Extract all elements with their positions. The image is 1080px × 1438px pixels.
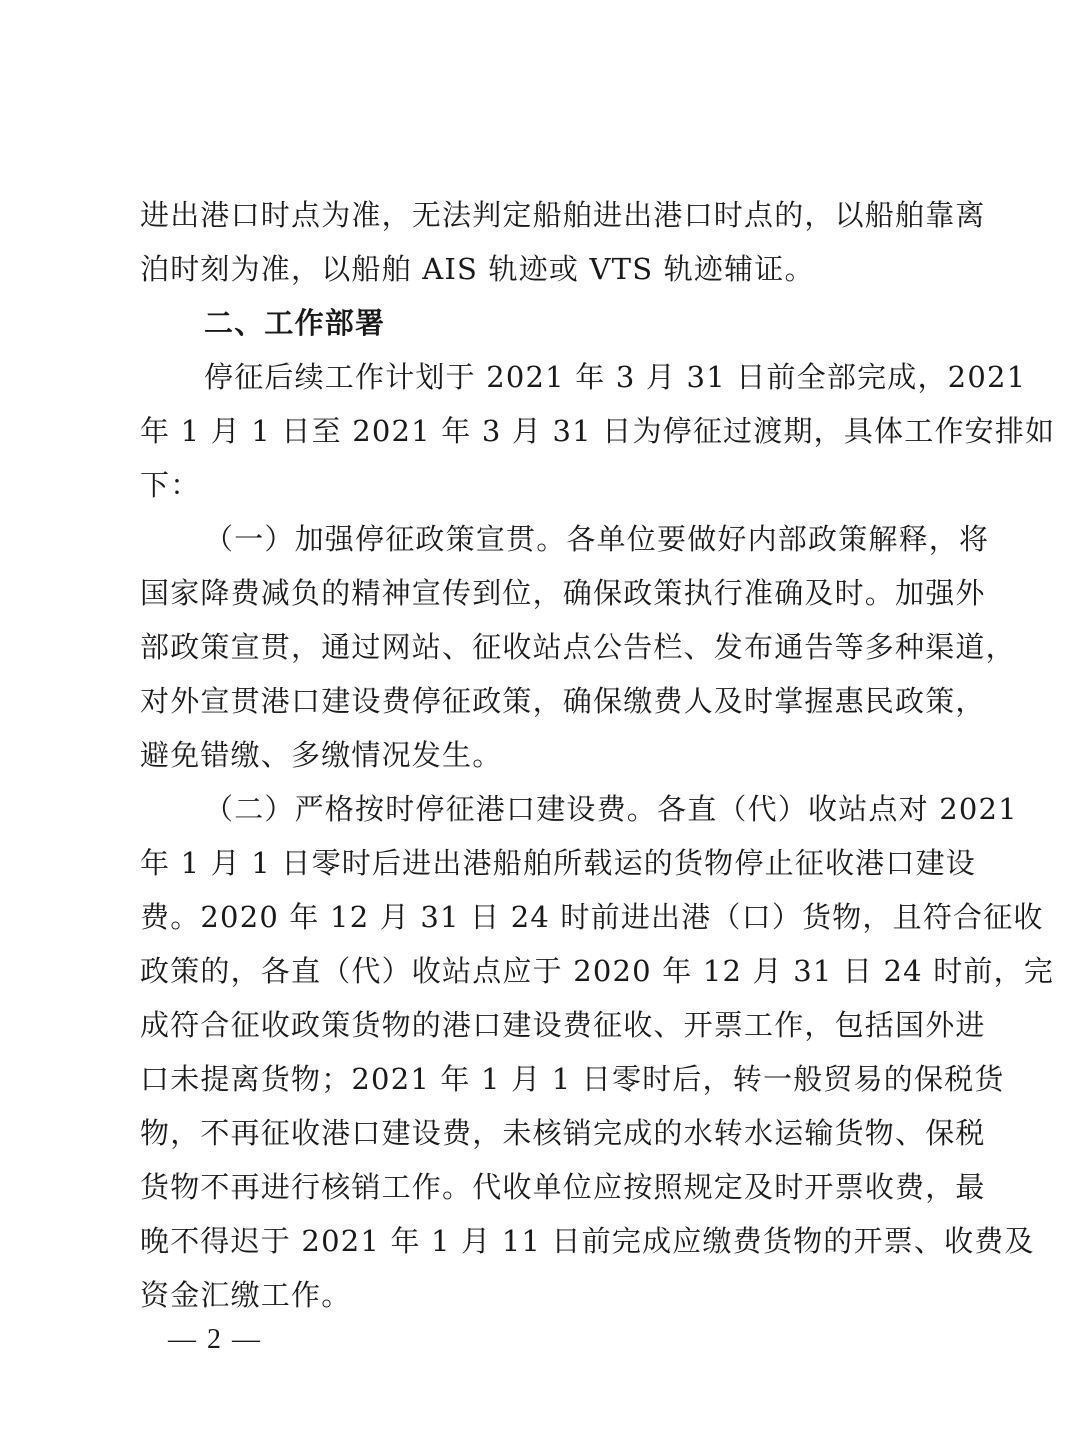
paragraph-line: 物，不再征收港口建设费，未核销完成的水转水运输货物、保税 [140, 1106, 940, 1160]
paragraph-line: 部政策宣贯，通过网站、征收站点公告栏、发布通告等多种渠道， [140, 620, 940, 674]
document-page: 进出港口时点为准，无法判定船舶进出港口时点的，以船舶靠离泊时刻为准，以船舶 AI… [0, 0, 1080, 1438]
paragraph-line: 年 1 月 1 日至 2021 年 3 月 31 日为停征过渡期，具体工作安排如 [140, 404, 940, 458]
paragraph-line: 政策的，各直（代）收站点应于 2020 年 12 月 31 日 24 时前，完 [140, 944, 940, 998]
paragraph-line: 下： [140, 458, 940, 512]
section-heading: 二、工作部署 [140, 296, 940, 350]
paragraph-line: 晚不得迟于 2021 年 1 月 11 日前完成应缴费货物的开票、收费及 [140, 1214, 940, 1268]
paragraph-line: 费。2020 年 12 月 31 日 24 时前进出港（口）货物，且符合征收 [140, 890, 940, 944]
paragraph-line: 避免错缴、多缴情况发生。 [140, 728, 940, 782]
paragraph-line: 成符合征收政策货物的港口建设费征收、开票工作，包括国外进 [140, 998, 940, 1052]
paragraph-line: （一）加强停征政策宣贯。各单位要做好内部政策解释，将 [140, 512, 940, 566]
paragraph-line: 国家降费减负的精神宣传到位，确保政策执行准确及时。加强外 [140, 566, 940, 620]
paragraph-line: （二）严格按时停征港口建设费。各直（代）收站点对 2021 [140, 782, 940, 836]
paragraph-line: 口未提离货物；2021 年 1 月 1 日零时后，转一般贸易的保税货 [140, 1052, 940, 1106]
page-number: — 2 — [168, 1320, 262, 1360]
paragraph-line: 停征后续工作计划于 2021 年 3 月 31 日前全部完成，2021 [140, 350, 940, 404]
paragraph-line: 对外宣贯港口建设费停征政策，确保缴费人及时掌握惠民政策， [140, 674, 940, 728]
paragraph-line: 年 1 月 1 日零时后进出港船舶所载运的货物停止征收港口建设 [140, 836, 940, 890]
paragraph-line: 泊时刻为准，以船舶 AIS 轨迹或 VTS 轨迹辅证。 [140, 242, 940, 296]
paragraph-line: 资金汇缴工作。 [140, 1268, 940, 1322]
paragraph-line: 货物不再进行核销工作。代收单位应按照规定及时开票收费，最 [140, 1160, 940, 1214]
paragraph-line: 进出港口时点为准，无法判定船舶进出港口时点的，以船舶靠离 [140, 188, 940, 242]
